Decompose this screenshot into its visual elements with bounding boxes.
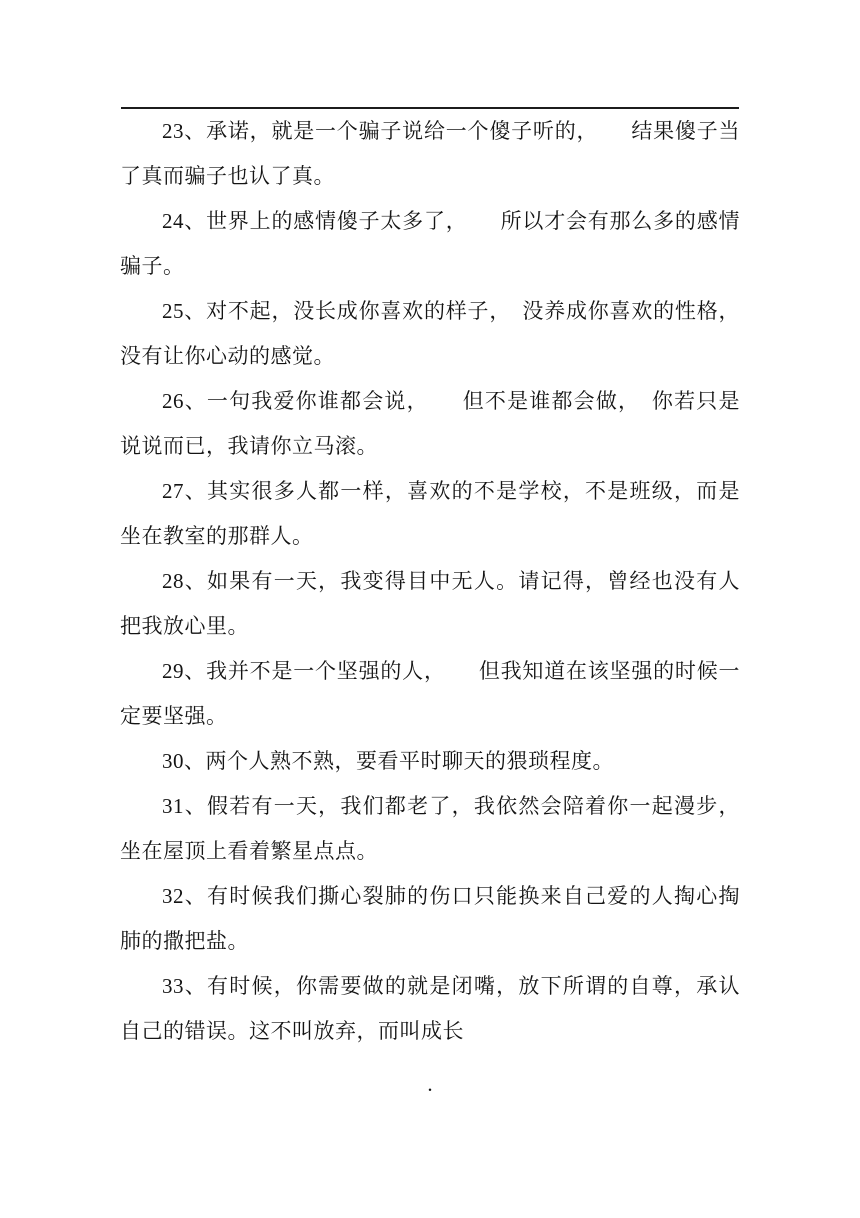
quote-paragraph: 24、世界上的感情傻子太多了， 所以才会有那么多的感情骗子。 — [120, 199, 740, 289]
quotes-list: 23、承诺，就是一个骗子说给一个傻子听的， 结果傻子当了真而骗子也认了真。24、… — [120, 109, 740, 1054]
end-mark: . — [120, 1062, 740, 1107]
quote-paragraph: 30、两个人熟不熟，要看平时聊天的猥琐程度。 — [120, 739, 740, 784]
quote-paragraph: 31、假若有一天，我们都老了，我依然会陪着你一起漫步，坐在屋顶上看着繁星点点。 — [120, 784, 740, 874]
quote-paragraph: 27、其实很多人都一样，喜欢的不是学校，不是班级，而是坐在教室的那群人。 — [120, 469, 740, 559]
quote-paragraph: 29、我并不是一个坚强的人， 但我知道在该坚强的时候一定要坚强。 — [120, 649, 740, 739]
quote-paragraph: 26、一句我爱你谁都会说， 但不是谁都会做， 你若只是说说而已，我请你立马滚。 — [120, 379, 740, 469]
quote-paragraph: 23、承诺，就是一个骗子说给一个傻子听的， 结果傻子当了真而骗子也认了真。 — [120, 109, 740, 199]
quote-paragraph: 28、如果有一天，我变得目中无人。请记得，曾经也没有人把我放心里。 — [120, 559, 740, 649]
quote-paragraph: 32、有时候我们撕心裂肺的伤口只能换来自己爱的人掏心掏肺的撒把盐。 — [120, 874, 740, 964]
quote-paragraph: 33、有时候，你需要做的就是闭嘴，放下所谓的自尊，承认自己的错误。这不叫放弃，而… — [120, 964, 740, 1054]
quote-paragraph: 25、对不起，没长成你喜欢的样子， 没养成你喜欢的性格，没有让你心动的感觉。 — [120, 289, 740, 379]
document-page: 23、承诺，就是一个骗子说给一个傻子听的， 结果傻子当了真而骗子也认了真。24、… — [0, 0, 860, 1218]
